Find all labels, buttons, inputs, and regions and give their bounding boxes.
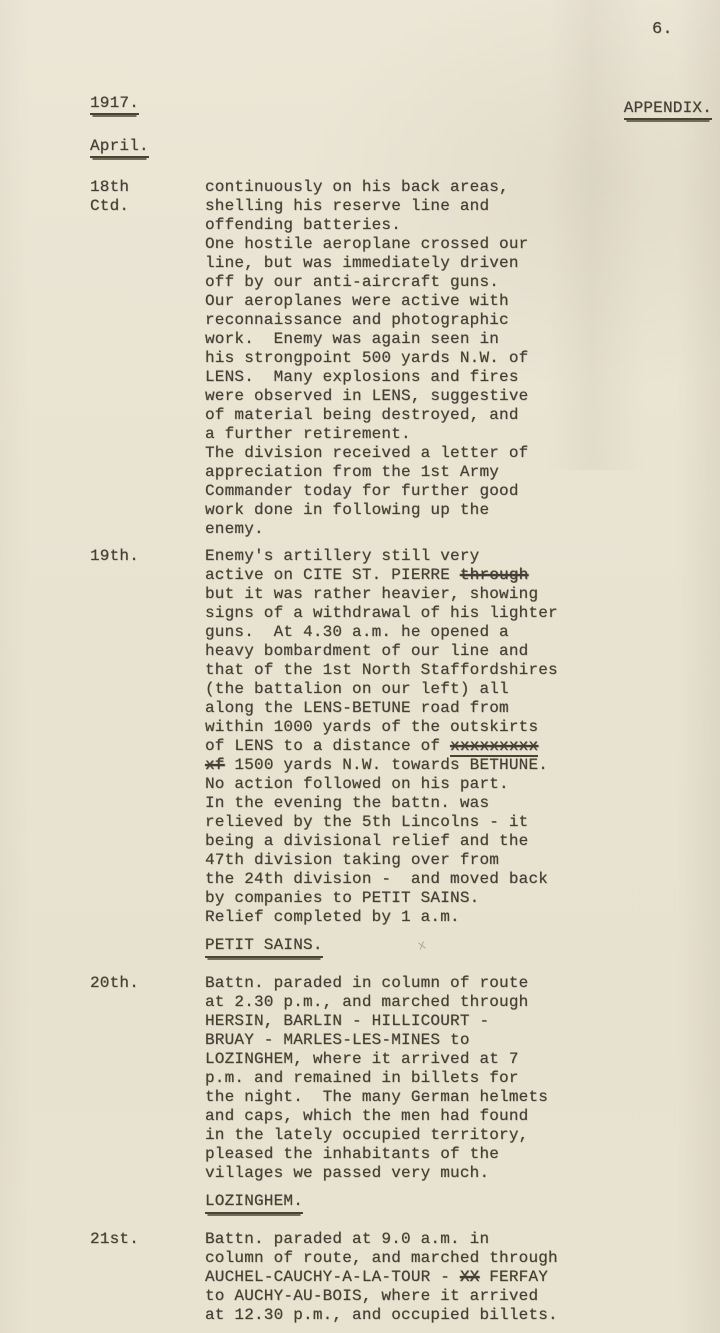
section-heading-text: PETIT SAINS. (205, 936, 323, 958)
entry-date-line: 20th. (90, 974, 205, 993)
year-heading: 1917. (90, 94, 139, 115)
struck-text: XX (460, 1268, 480, 1286)
body-line: signs of a withdrawal of his lighter (205, 604, 720, 623)
body-line: Our aeroplanes were active with (205, 292, 720, 311)
body-line: off by our anti-aircraft guns. (205, 273, 720, 292)
body-line: Commander today for further good (205, 482, 720, 501)
body-line: shelling his reserve line and (205, 197, 720, 216)
body-line: 47th division taking over from (205, 851, 720, 870)
section-heading: LOZINGHEM. (205, 1192, 720, 1214)
diary-entry: 20th.Battn. paraded in column of routeat… (90, 974, 720, 1183)
body-line: One hostile aeroplane crossed our (205, 235, 720, 254)
body-line: The division received a letter of (205, 444, 720, 463)
body-line: at 2.30 p.m., and marched through (205, 993, 720, 1012)
body-line: relieved by the 5th Lincolns - it (205, 813, 720, 832)
section-heading: PETIT SAINS. (205, 936, 720, 958)
body-text: AUCHEL-CAUCHY-A-LA-TOUR - (205, 1268, 460, 1286)
body-line: heavy bombardment of our line and (205, 642, 720, 661)
body-text: active on CITE ST. PIERRE (205, 566, 460, 584)
body-line: Battn. paraded in column of route (205, 974, 720, 993)
body-line: work done in following up the (205, 501, 720, 520)
body-line: (the battalion on our left) all (205, 680, 720, 699)
entry-date: 21st. (90, 1230, 205, 1249)
entry-body: Battn. paraded in column of routeat 2.30… (205, 974, 720, 1183)
body-text: of LENS to a distance of (205, 737, 450, 755)
body-line: No action followed on his part. (205, 775, 720, 794)
body-line: active on CITE ST. PIERRE through (205, 566, 720, 585)
body-text: FERFAY (479, 1268, 548, 1286)
body-line: and caps, which the men had found (205, 1107, 720, 1126)
body-line: column of route, and marched through (205, 1249, 720, 1268)
entry-body: continuously on his back areas,shelling … (205, 178, 720, 539)
body-line: guns. At 4.30 a.m. he opened a (205, 623, 720, 642)
body-line: HERSIN, BARLIN - HILLICOURT - (205, 1012, 720, 1031)
body-line: of LENS to a distance of xxxxxxxxx (205, 737, 720, 756)
body-line: continuously on his back areas, (205, 178, 720, 197)
body-line: his strongpoint 500 yards N.W. of (205, 349, 720, 368)
body-text: 1500 yards N.W. towards BETHUNE. (225, 756, 548, 774)
body-line: enemy. (205, 520, 720, 539)
diary-entry: 21st.Battn. paraded at 9.0 a.m. incolumn… (90, 1230, 720, 1325)
appendix-heading: APPENDIX. (624, 99, 712, 120)
body-line: a further retirement. (205, 425, 720, 444)
entry-date-line: 21st. (90, 1230, 205, 1249)
body-line: but it was rather heavier, showing (205, 585, 720, 604)
body-line: the night. The many German helmets (205, 1088, 720, 1107)
section-heading-text: LOZINGHEM. (205, 1192, 303, 1214)
entry-date-line: 18th (90, 178, 205, 197)
entries: 18thCtd.continuously on his back areas,s… (90, 178, 720, 1325)
body-line: at 12.30 p.m., and occupied billets. (205, 1306, 720, 1325)
body-line: LENS. Many explosions and fires (205, 368, 720, 387)
body-line: line, but was immediately driven (205, 254, 720, 273)
body-line: the 24th division - and moved back (205, 870, 720, 889)
body-line: by companies to PETIT SAINS. (205, 889, 720, 908)
body-line: offending batteries. (205, 216, 720, 235)
body-line: were observed in LENS, suggestive (205, 387, 720, 406)
body-line: along the LENS-BETUNE road from (205, 699, 720, 718)
body-line: being a divisional relief and the (205, 832, 720, 851)
body-line: to AUCHY-AU-BOIS, where it arrived (205, 1287, 720, 1306)
body-line: in the lately occupied territory, (205, 1126, 720, 1145)
entry-body: Enemy's artillery still veryactive on CI… (205, 547, 720, 927)
body-line: xf 1500 yards N.W. towards BETHUNE. (205, 756, 720, 775)
diary-entry: 18thCtd.continuously on his back areas,s… (90, 178, 720, 539)
body-line: work. Enemy was again seen in (205, 330, 720, 349)
struck-text: through (460, 566, 529, 584)
entry-date: 18thCtd. (90, 178, 205, 216)
body-line: In the evening the battn. was (205, 794, 720, 813)
body-line: that of the 1st North Staffordshires (205, 661, 720, 680)
body-line: villages we passed very much. (205, 1164, 720, 1183)
entry-body: Battn. paraded at 9.0 a.m. incolumn of r… (205, 1230, 720, 1325)
struck-text: xf (205, 756, 225, 774)
diary-page: 6. 1917. APPENDIX. April. x 18thCtd.cont… (0, 0, 720, 1333)
body-line: pleased the inhabitants of the (205, 1145, 720, 1164)
body-line: reconnaissance and photographic (205, 311, 720, 330)
body-line: BRUAY - MARLES-LES-MINES to (205, 1031, 720, 1050)
page-number: 6. (652, 20, 673, 39)
entry-date: 19th. (90, 547, 205, 566)
body-line: appreciation from the 1st Army (205, 463, 720, 482)
body-line: within 1000 yards of the outskirts (205, 718, 720, 737)
month-heading: April. (90, 137, 149, 158)
body-line: LOZINGHEM, where it arrived at 7 (205, 1050, 720, 1069)
body-line: Relief completed by 1 a.m. (205, 908, 720, 927)
body-line: AUCHEL-CAUCHY-A-LA-TOUR - XX FERFAY (205, 1268, 720, 1287)
body-line: Battn. paraded at 9.0 a.m. in (205, 1230, 720, 1249)
diary-entry: 19th.Enemy's artillery still veryactive … (90, 547, 720, 927)
entry-date-line: 19th. (90, 547, 205, 566)
struck-text: xxxxxxxxx (450, 737, 538, 757)
entry-date: 20th. (90, 974, 205, 993)
body-line: Enemy's artillery still very (205, 547, 720, 566)
entry-date-line: Ctd. (90, 197, 205, 216)
body-line: p.m. and remained in billets for (205, 1069, 720, 1088)
body-line: of material being destroyed, and (205, 406, 720, 425)
